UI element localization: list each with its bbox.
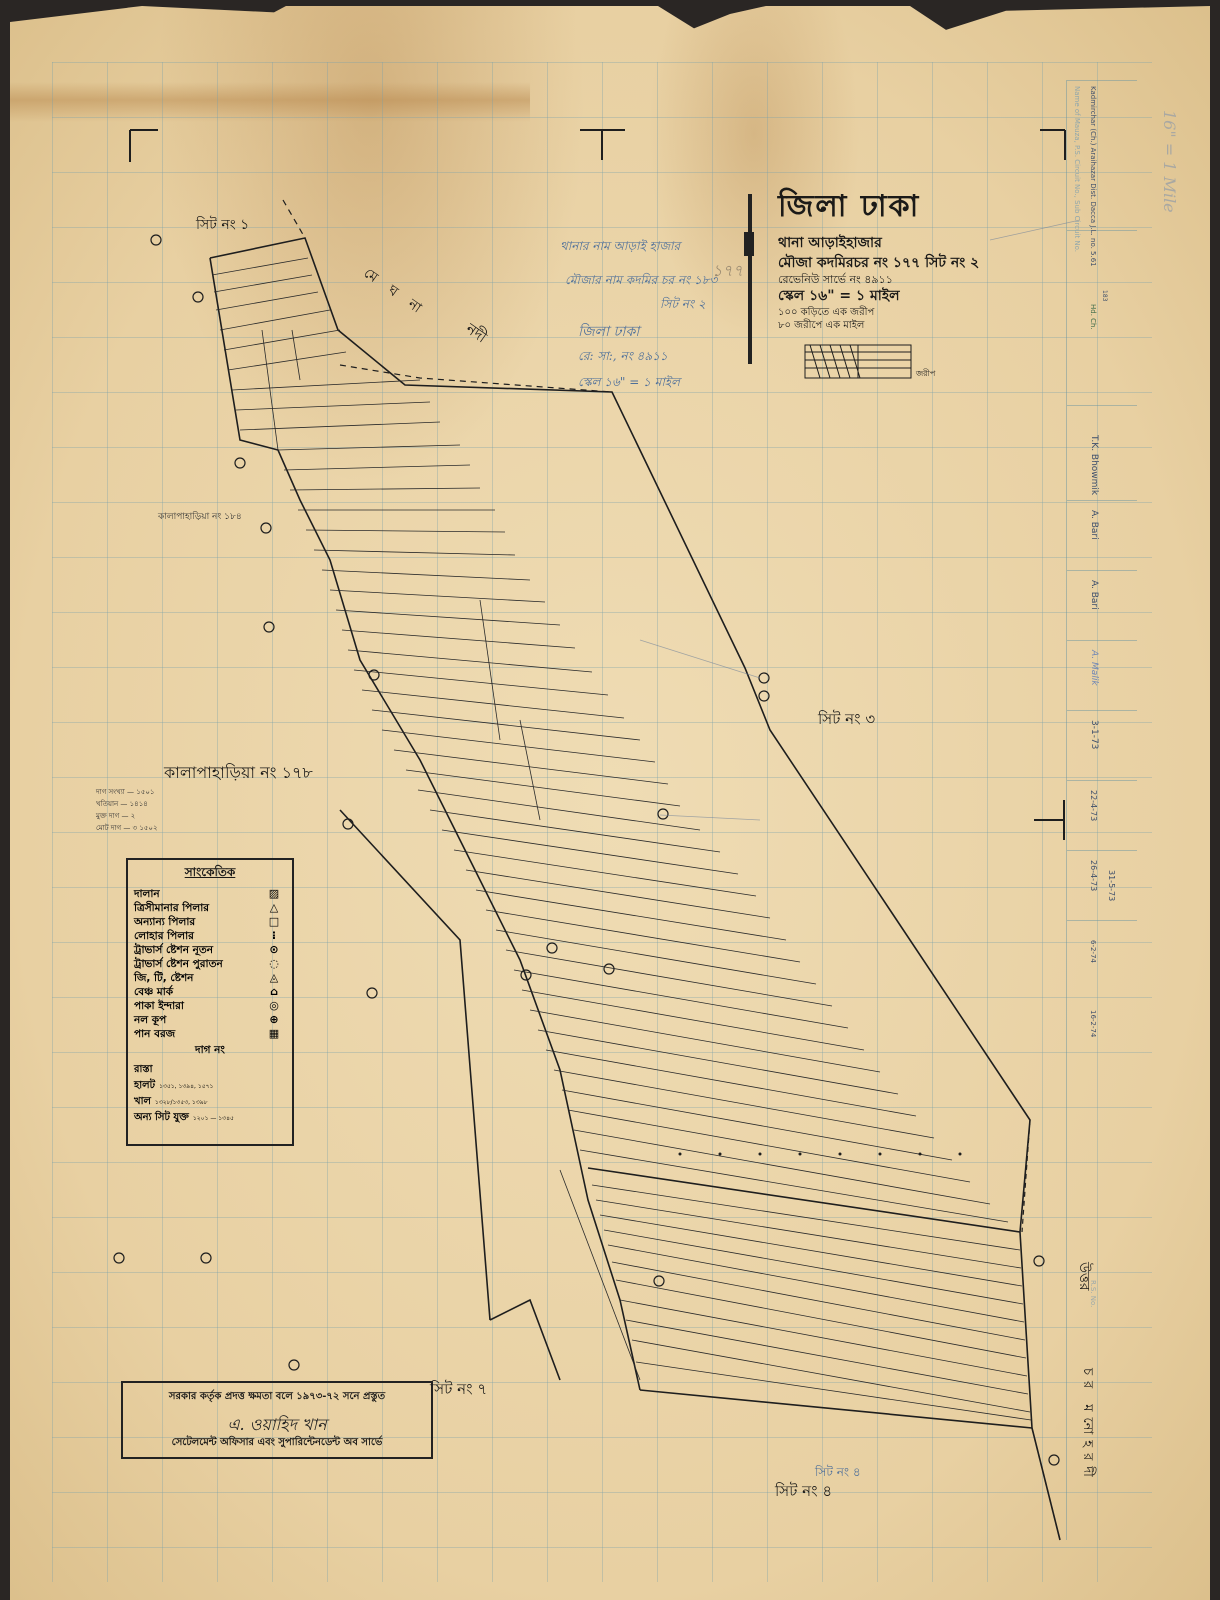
- khanapuri-ended: 31-5-73: [1107, 870, 1116, 901]
- pencil-district: জিলা ঢাকা: [578, 320, 639, 344]
- plotted-by: Hd. Ch.: [1089, 304, 1097, 330]
- legend-item: ত্রিসীমানার পিলার△: [134, 901, 286, 915]
- legend-subheading: দাগ নং: [134, 1043, 286, 1060]
- thana-label: থানা আড়াইহাজার: [778, 233, 1078, 253]
- mouza-label: মৌজা কদমিরচর নং ১৭৭ সিট নং ২: [778, 253, 1078, 273]
- pencil-thana-name: থানার নাম আড়াই হাজার: [560, 238, 680, 258]
- legend-item: পান বরজ▦: [134, 1027, 286, 1041]
- village-number: 183: [1101, 290, 1108, 301]
- amin-name: A. Bari: [1089, 510, 1099, 540]
- legend-item: পাকা ইন্দারা◎: [134, 999, 286, 1013]
- pencil-correction: ১৭৭: [712, 258, 743, 285]
- khanapuri-commenced: 26-4-73: [1089, 860, 1098, 891]
- legend-line-item: অন্য সিট যুক্ত১২০১ — ১৩৪৫: [134, 1110, 286, 1126]
- pencil-scale: স্কেল ১৬" = ১ মাইল: [578, 374, 680, 394]
- sheet-1-label: সিট নং ১: [196, 213, 249, 237]
- scale-bar: [805, 345, 911, 378]
- legend-line-item: রাস্তা: [134, 1062, 286, 1078]
- triangle-icon: △: [262, 901, 286, 915]
- legend-item: জি, টি, ষ্টেশন◬: [134, 971, 286, 985]
- traverse-stations: [114, 235, 1059, 1465]
- triangle-dot-icon: ◬: [262, 971, 286, 985]
- scale-label: স্কেল ১৬" = ১ মাইল: [778, 286, 1078, 306]
- pencil-side-scale: 16" = 1 Mile: [1160, 110, 1179, 213]
- sheet-7-label: সিট নং ৭: [430, 1378, 487, 1403]
- mouza-boundary: [210, 238, 1060, 1540]
- area-stats: দাগ সংখ্যা — ১৫০১ খতিয়ান — ১৪১৪ মুক্ত দ…: [96, 786, 158, 834]
- stat-row: খতিয়ান — ১৪১৪: [96, 798, 158, 810]
- vertical-dash-icon: ⁝: [262, 929, 286, 943]
- scale-bar-label: জরীপ: [916, 368, 935, 381]
- dashed-circle-icon: ◌: [262, 957, 286, 971]
- bujharat-amin-name: A. Malik: [1089, 650, 1099, 686]
- pencil-rs-no: রে: সা:, নং ৪৯১১: [578, 348, 668, 368]
- sheet-4-label: সিট নং ৪: [775, 1480, 832, 1505]
- stat-row: দাগ সংখ্যা — ১৫০১: [96, 786, 158, 798]
- survey-ended: 22-4-73: [1089, 790, 1098, 821]
- title-bar-ornament: [748, 194, 752, 364]
- legend-line-item: খাল১৩২৮/১৩৫৩, ১৩৯৮: [134, 1094, 286, 1110]
- pentagon-icon: ⌂: [262, 985, 286, 999]
- circle-dot-icon: ⊙: [262, 943, 286, 957]
- legend-item: অন্যান্য পিলার□: [134, 915, 286, 929]
- legend-item: দালান▨: [134, 887, 286, 901]
- dotted-rectangle-icon: ▦: [262, 1027, 286, 1041]
- survey-commenced: 3-1-73: [1089, 720, 1099, 749]
- scale-note-1: ১০০ কড়িতে এক জরীপ: [778, 306, 1078, 319]
- legend-item: নল কূপ⊕: [134, 1013, 286, 1027]
- adjacent-mouza-label: কালাপাহাড়িয়া নং ১৭৮: [164, 760, 313, 787]
- legend-line-item: হালট১৩৫১, ১৩৯৪, ১৫৭১: [134, 1078, 286, 1094]
- revenue-survey-label: রেভেনিউ সার্ভে নং ৪৯১১: [778, 273, 1078, 286]
- pencil-sheet-no: সিট নং ২: [660, 296, 706, 316]
- double-circle-icon: ◎: [262, 999, 286, 1013]
- certificate-line-1: সরকার কর্তৃক প্রদত্ত ক্ষমতা বলে ১৯৭৩-৭২ …: [123, 1389, 431, 1406]
- rs-no-label: R.S. No.: [1089, 1280, 1097, 1307]
- survey-record-panel: Name of Mauza, P.S. Circuit No., Sub Cir…: [1066, 80, 1137, 1540]
- hatched-rectangle-icon: ▨: [262, 887, 286, 901]
- certificate-box: সরকার কর্তৃক প্রদত্ত ক্ষমতা বলে ১৯৭৩-৭২ …: [121, 1381, 433, 1459]
- legend-item: ট্রাভার্স ষ্টেশন পুরাতন◌: [134, 957, 286, 971]
- legend-heading: সাংকেতিক: [134, 864, 286, 884]
- legend-box: সাংকেতিক দালান▨ ত্রিসীমানার পিলার△ অন্যা…: [126, 858, 294, 1146]
- stat-row: মুক্ত দাগ — ২: [96, 810, 158, 822]
- plot-lines: [212, 258, 1031, 1420]
- khanapuri-amin-name: A. Bari: [1089, 580, 1099, 610]
- bujharat-ended: 16-2-74: [1089, 1010, 1097, 1037]
- bujharat-commenced: 6-2-74: [1089, 940, 1097, 963]
- sheet-3-label: সিট নং ৩: [818, 708, 875, 733]
- circle-cross-icon: ⊕: [262, 1013, 286, 1027]
- legend-item: ট্রাভার্স ষ্টেশন নূতন⊙: [134, 943, 286, 957]
- district-title: জিলা ঢাকা: [778, 182, 1078, 233]
- pencil-mouza-name: মৌজার নাম কদমির চর নং ১৮৩: [565, 272, 717, 292]
- mauza-info: Kadmirchar (Ch.) Araihazar Dist. Dacca J…: [1089, 86, 1097, 267]
- stat-row: মোট দাগ — ৩ ১৫০২: [96, 822, 158, 834]
- legend-item: বেঞ্চ মার্ক⌂: [134, 985, 286, 999]
- square-icon: □: [262, 915, 286, 929]
- header-mauza: Name of Mauza, P.S. Circuit No., Sub Cir…: [1073, 86, 1081, 252]
- adjacent-mouza-small-label: কালাপাহাড়িয়া নং ১৮৪: [158, 509, 242, 524]
- kanungo-name: T.K. Bhowmik: [1089, 435, 1099, 495]
- legend-item: লোহার পিলার⁝: [134, 929, 286, 943]
- title-block: জিলা ঢাকা থানা আড়াইহাজার মৌজা কদমিরচর ন…: [748, 182, 1078, 332]
- certificate-line-2: সেটেলমেন্ট অফিসার এবং সুপারিন্টেনডেন্ট অ…: [123, 1435, 431, 1452]
- scale-note-2: ৮০ জরীপে এক মাইল: [778, 319, 1078, 332]
